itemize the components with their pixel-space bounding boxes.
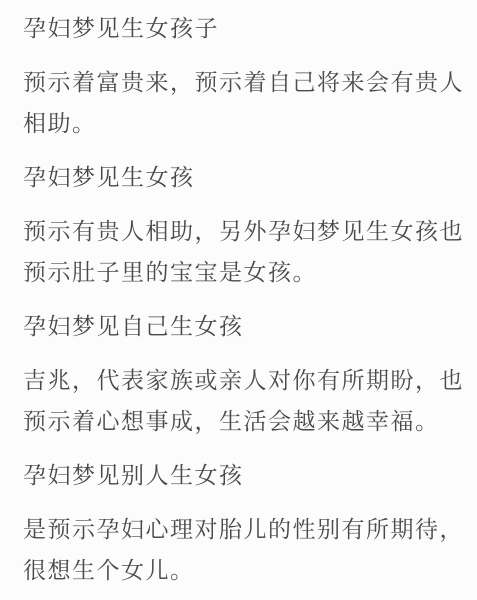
section-body: 预示着富贵来，预示着自己将来会有贵人 相助。: [23, 62, 467, 144]
section-body: 是预示孕妇心理对胎儿的性别有所期待， 很想生个女儿。: [23, 509, 467, 591]
section-heading: 孕妇梦见自己生女孩: [23, 306, 467, 347]
section-heading: 孕妇梦见生女孩: [23, 157, 467, 198]
section-heading: 孕妇梦见别人生女孩: [23, 455, 467, 496]
dream-interpretation-article: 孕妇梦见生女孩子 预示着富贵来，预示着自己将来会有贵人 相助。 孕妇梦见生女孩 …: [0, 0, 477, 600]
article-section: 孕妇梦见别人生女孩 是预示孕妇心理对胎儿的性别有所期待， 很想生个女儿。: [23, 455, 467, 591]
section-body: 预示有贵人相助，另外孕妇梦见生女孩也 预示肚子里的宝宝是女孩。: [23, 211, 467, 293]
article-section: 孕妇梦见生女孩 预示有贵人相助，另外孕妇梦见生女孩也 预示肚子里的宝宝是女孩。: [23, 157, 467, 293]
section-heading: 孕妇梦见生女孩子: [23, 8, 467, 49]
article-section: 孕妇梦见生女孩子 预示着富贵来，预示着自己将来会有贵人 相助。: [23, 8, 467, 144]
section-body: 吉兆，代表家族或亲人对你有所期盼，也 预示着心想事成，生活会越来越幸福。: [23, 360, 467, 442]
article-section: 孕妇梦见自己生女孩 吉兆，代表家族或亲人对你有所期盼，也 预示着心想事成，生活会…: [23, 306, 467, 442]
